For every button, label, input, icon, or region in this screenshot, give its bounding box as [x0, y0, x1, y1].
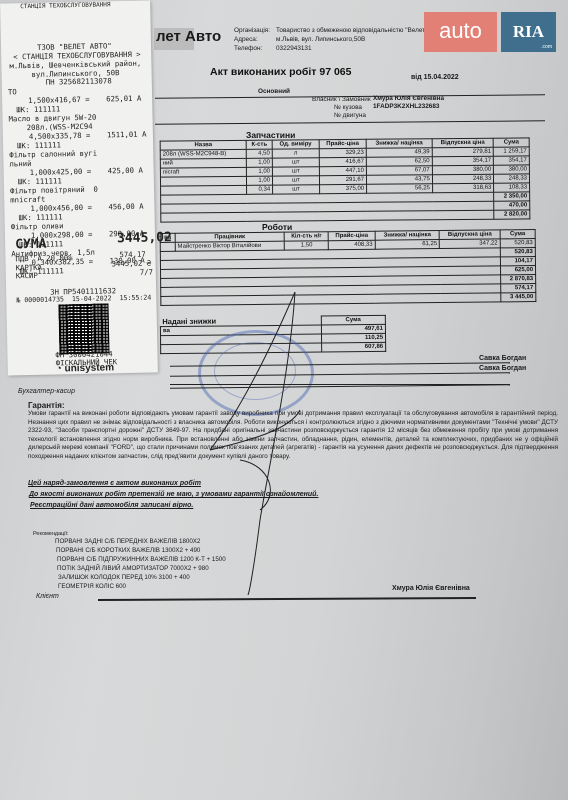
table-cell: 408,33	[329, 240, 376, 249]
table-cell: 108,33	[494, 183, 530, 192]
table-cell: 520,83	[500, 239, 535, 248]
table-cell: 354,17	[494, 156, 530, 165]
table-cell: 248,33	[494, 174, 530, 183]
unisystem-brand: unisystem	[64, 362, 114, 374]
basis: Основний	[258, 88, 290, 95]
table-cell: 1,00	[247, 167, 273, 176]
document-date: від 15.04.2022	[411, 74, 459, 81]
total-value: 470,00	[494, 201, 530, 210]
table-cell: 1,00	[246, 158, 272, 167]
address-value: м.Львів, вул. Липинського,50В	[276, 36, 365, 43]
table-cell: шт	[273, 185, 320, 194]
watermark-ria-text: RIA	[513, 22, 544, 41]
autoria-watermark: auto RIA.com	[424, 12, 556, 52]
total-value: 2 870,83	[500, 275, 535, 284]
receipt-top: СТАНЦІЯ ТЕХОБСЛУГОВУВАННЯ	[20, 0, 110, 11]
table-cell: 380,00	[494, 165, 530, 174]
table-cell: 61,25	[375, 240, 440, 250]
table-cell: 0,34	[247, 185, 273, 194]
table-cell: 1,50	[285, 241, 329, 250]
discount-value: 497,61	[321, 324, 385, 334]
receipt-item-name: ТО	[8, 87, 17, 96]
warranty-text: Умови гарантії на виконані роботи відпов…	[28, 410, 558, 462]
total-value: 520,83	[500, 248, 535, 257]
receipt-item-name: льний	[9, 159, 31, 169]
total-value: 2 820,00	[494, 210, 530, 219]
parts-col-header: К-сть	[246, 140, 272, 149]
engine-label: № двигуна	[334, 112, 366, 119]
total-value: 3 445,00	[501, 293, 536, 302]
owner-value: Хмура Юлія Євгенівна	[373, 95, 444, 102]
recommendation-1: ПОРВАНІ ЗАДНІ С/Б ПЕРЕДНІХ ВАЖЕЛІВ 1800Х…	[55, 538, 200, 547]
statement-3: Реєстраційні дані автомобіля записані ві…	[30, 502, 193, 509]
table-cell: 329,23	[319, 148, 366, 157]
total-value: 574,17	[501, 284, 536, 293]
total-row: 2 820,00	[161, 210, 530, 222]
total-spacer	[161, 210, 494, 222]
parts-col-header: Прайс-ціна	[319, 139, 366, 148]
receipt-item-sum: 1511,01 А	[107, 130, 147, 140]
qr-code	[58, 303, 109, 354]
table-cell: 279,81	[432, 147, 494, 157]
table-cell: л	[272, 149, 319, 158]
receipt-item-sum: 425,00 А	[108, 166, 143, 176]
table-cell: 49,39	[366, 148, 432, 158]
table-cell: 4,50	[246, 149, 272, 158]
recommendation-6: ГЕОМЕТРІЯ КОЛІС 600	[58, 583, 126, 592]
document-photo: лет Авто Організація: Товариство з обмеж…	[0, 0, 568, 800]
works-col-header: Сума	[500, 230, 535, 239]
watermark-ria: RIA.com	[501, 12, 556, 52]
receipt-item-name: Фільтр салонний вугі	[9, 149, 97, 160]
table-cell: 248,33	[432, 174, 494, 184]
client-name: Хмура Юлія Євгенівна	[392, 585, 470, 592]
receipt-total-label: СУМА	[15, 240, 46, 250]
receipt-total-value: 3445,02	[117, 233, 172, 243]
recommendation-5: ЗАЛИШОК КОЛОДОК ПЕРЕД 10% 3100 + 400	[58, 574, 190, 583]
company-brand: лет Авто	[156, 28, 221, 45]
watermark-com: .com	[541, 44, 552, 50]
total-value: 625,00	[500, 266, 535, 275]
table-cell: 347,22	[440, 239, 501, 249]
statement-2: До якості виконаних робіт претензій не м…	[29, 491, 318, 498]
table-cell: 318,63	[432, 183, 494, 193]
statement-1: Цей наряд-замовлення є актом виконаних р…	[28, 480, 201, 487]
works-col-header: Прайс-ціна	[328, 231, 375, 240]
table-cell: 43,75	[367, 175, 433, 185]
client-label: Клієнт	[36, 593, 59, 600]
vin-label: № кузова	[334, 104, 362, 111]
header-rule-2	[155, 120, 545, 124]
discount-value: 607,86	[321, 342, 385, 352]
accountant-label: Бухгалтер-касир	[18, 388, 75, 395]
org-label: Організація:	[234, 27, 270, 34]
table-cell: 291,67	[319, 175, 366, 184]
table-cell: 67,07	[366, 166, 432, 176]
table-cell: 447,10	[319, 166, 366, 175]
total-value: 104,17	[500, 257, 535, 266]
owner-label: Власник \ Замовник	[312, 96, 371, 103]
works-title: Роботи	[262, 222, 292, 232]
master-signature-2: Савка Богдан	[479, 365, 526, 372]
receipt-cashier-label: КАСИР	[16, 271, 38, 281]
receipt-vat-label: ПДВ А 20,00%	[15, 253, 72, 263]
discount-value: 110,25	[321, 333, 385, 343]
parts-col-header: Од. виміру	[272, 140, 319, 149]
receipt-cashier-value: 7/7	[140, 267, 153, 276]
recommendation-3: ПОРВАНІ С/Б ПІДПРУЖИННИХ ВАЖЕЛІВ 1200 К-…	[57, 556, 226, 565]
recommendation-4: ПОТІК ЗАДНІЙ ЛІВИЙ АМОРТИЗАТОР 7000Х2 + …	[57, 565, 209, 574]
accountant-line	[170, 384, 510, 385]
receipt-tax-id: ПН 325682113078	[46, 76, 112, 87]
org-value: Товариство з обмеженою відповідальністю …	[276, 27, 443, 34]
table-cell: 1,00	[247, 176, 273, 185]
table-cell: шт	[272, 167, 319, 176]
watermark-auto: auto	[424, 12, 497, 52]
table-cell: 380,00	[432, 165, 494, 175]
table-cell: 354,17	[432, 156, 494, 166]
document-title: Акт виконаних робіт 97 065	[210, 66, 351, 78]
table-cell: 416,67	[319, 157, 366, 166]
phone-value: 0322943131	[276, 45, 312, 52]
fiscal-receipt: СТАНЦІЯ ТЕХОБСЛУГОВУВАННЯ ТЗОВ "ВЕЛЕТ АВ…	[0, 0, 158, 375]
unisystem-logo: ◔ unisystem	[56, 363, 114, 373]
warranty-title: Гарантія:	[28, 401, 65, 410]
table-cell: 56,25	[367, 184, 433, 194]
receipt-item-sum: 625,01 А	[106, 94, 141, 104]
table-cell: 1 259,17	[494, 147, 530, 156]
address-label: Адреса:	[234, 36, 258, 43]
receipt-item-name: Фільтр повітряний 0	[10, 185, 98, 196]
parts-col-header: Сума	[493, 138, 529, 147]
master-signature-1: Савка Богдан	[479, 355, 526, 362]
works-col-header: Кіл-сть н/г	[284, 232, 328, 241]
parts-table: НазваК-стьОд. виміруПрайс-цінаЗнижка/ на…	[160, 137, 531, 222]
vin-value: 1FADP3K2XHL232683	[373, 103, 439, 110]
total-value: 2 350,00	[494, 192, 530, 201]
table-cell: шт	[272, 158, 319, 167]
table-cell: 375,00	[319, 184, 366, 193]
receipt-item-sum: 456,00 А	[108, 202, 143, 212]
table-cell: 62,50	[366, 157, 432, 167]
phone-label: Телефон:	[234, 45, 262, 52]
recommendation-2: ПОРВАНІ С/Б КОРОТКИХ ВАЖЕЛІВ 1300Х2 + 49…	[56, 547, 200, 556]
table-cell: шт	[273, 176, 320, 185]
